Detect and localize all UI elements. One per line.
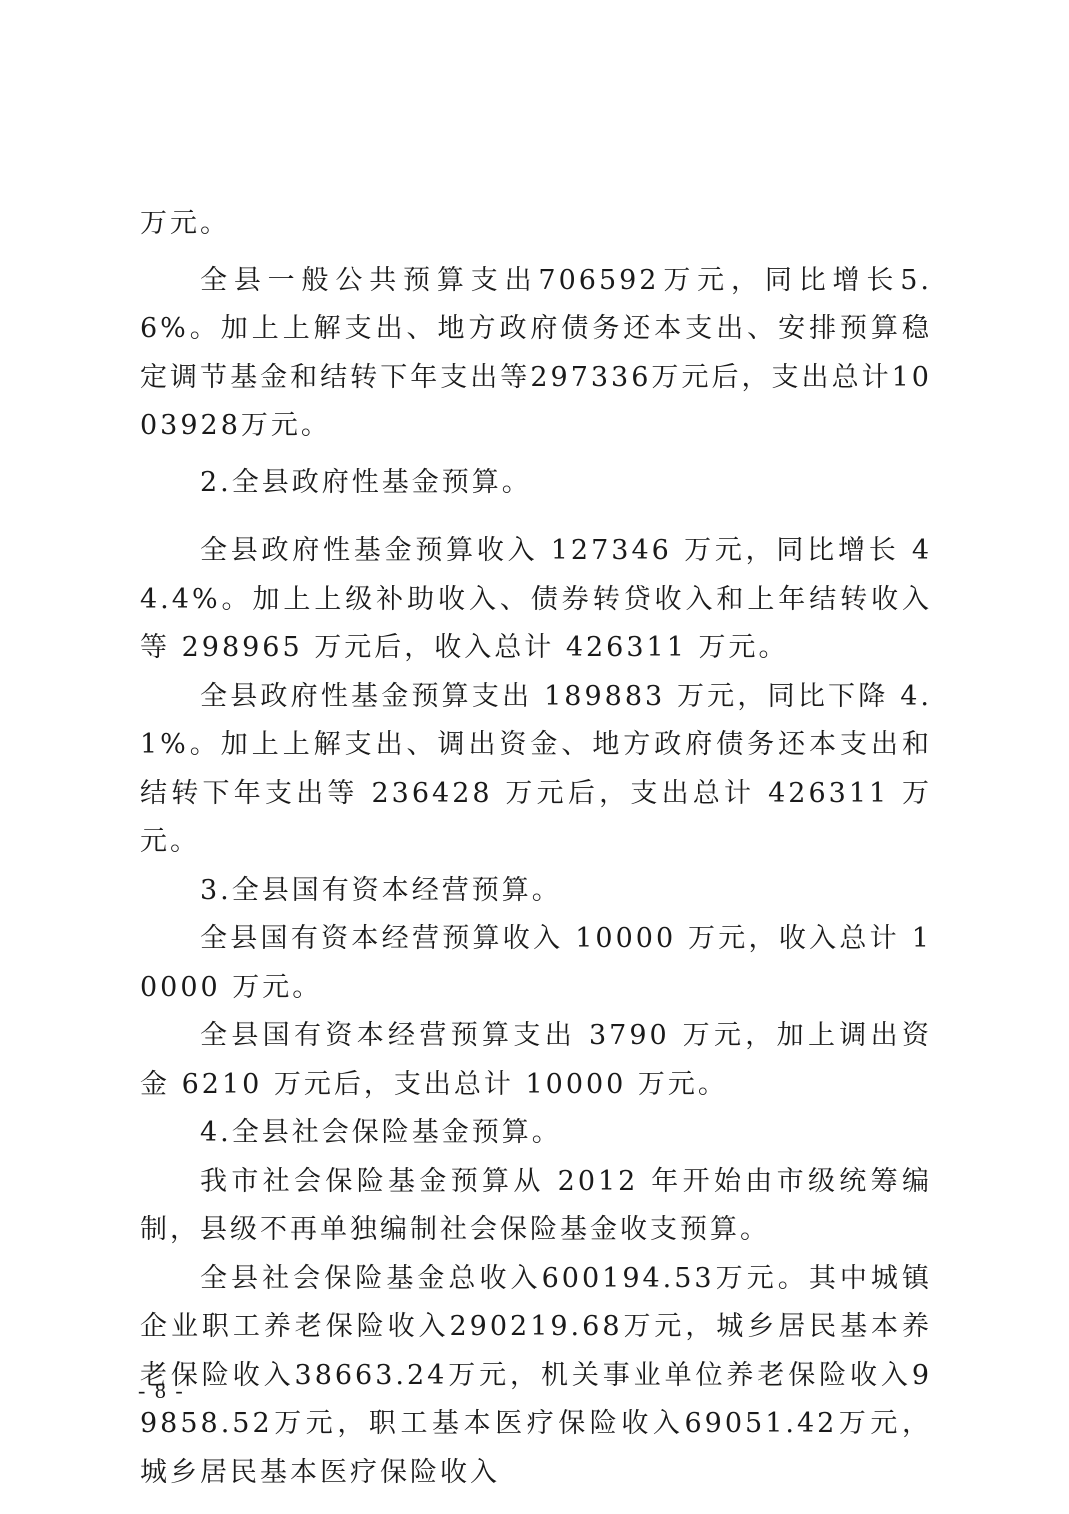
- document-body: 万元。 全县一般公共预算支出706592万元，同比增长5.6%。加上上解支出、地…: [140, 200, 932, 1497]
- page-number: - 8 -: [138, 1378, 185, 1404]
- social-insurance-note-paragraph: 我市社会保险基金预算从 2012 年开始由市级统筹编制，县级不再单独编制社会保险…: [140, 1158, 932, 1255]
- general-budget-expenditure-paragraph: 全县一般公共预算支出706592万元，同比增长5.6%。加上上解支出、地方政府债…: [140, 257, 932, 451]
- section-heading-social-insurance-budget: 4.全县社会保险基金预算。: [140, 1109, 932, 1158]
- government-fund-revenue-paragraph: 全县政府性基金预算收入 127346 万元，同比增长 44.4%。加上上级补助收…: [140, 527, 932, 673]
- section-heading-government-fund-budget: 2.全县政府性基金预算。: [140, 459, 932, 508]
- section-heading-state-capital-budget: 3.全县国有资本经营预算。: [140, 867, 932, 916]
- state-capital-expenditure-paragraph: 全县国有资本经营预算支出 3790 万元，加上调出资金 6210 万元后，支出总…: [140, 1012, 932, 1109]
- social-insurance-revenue-paragraph: 全县社会保险基金总收入600194.53万元。其中城镇企业职工养老保险收入290…: [140, 1255, 932, 1498]
- government-fund-expenditure-paragraph: 全县政府性基金预算支出 189883 万元，同比下降 4.1%。加上上解支出、调…: [140, 673, 932, 867]
- state-capital-revenue-paragraph: 全县国有资本经营预算收入 10000 万元，收入总计 10000 万元。: [140, 915, 932, 1012]
- continuation-paragraph: 万元。: [140, 200, 932, 249]
- document-page: 万元。 全县一般公共预算支出706592万元，同比增长5.6%。加上上解支出、地…: [0, 0, 1069, 1514]
